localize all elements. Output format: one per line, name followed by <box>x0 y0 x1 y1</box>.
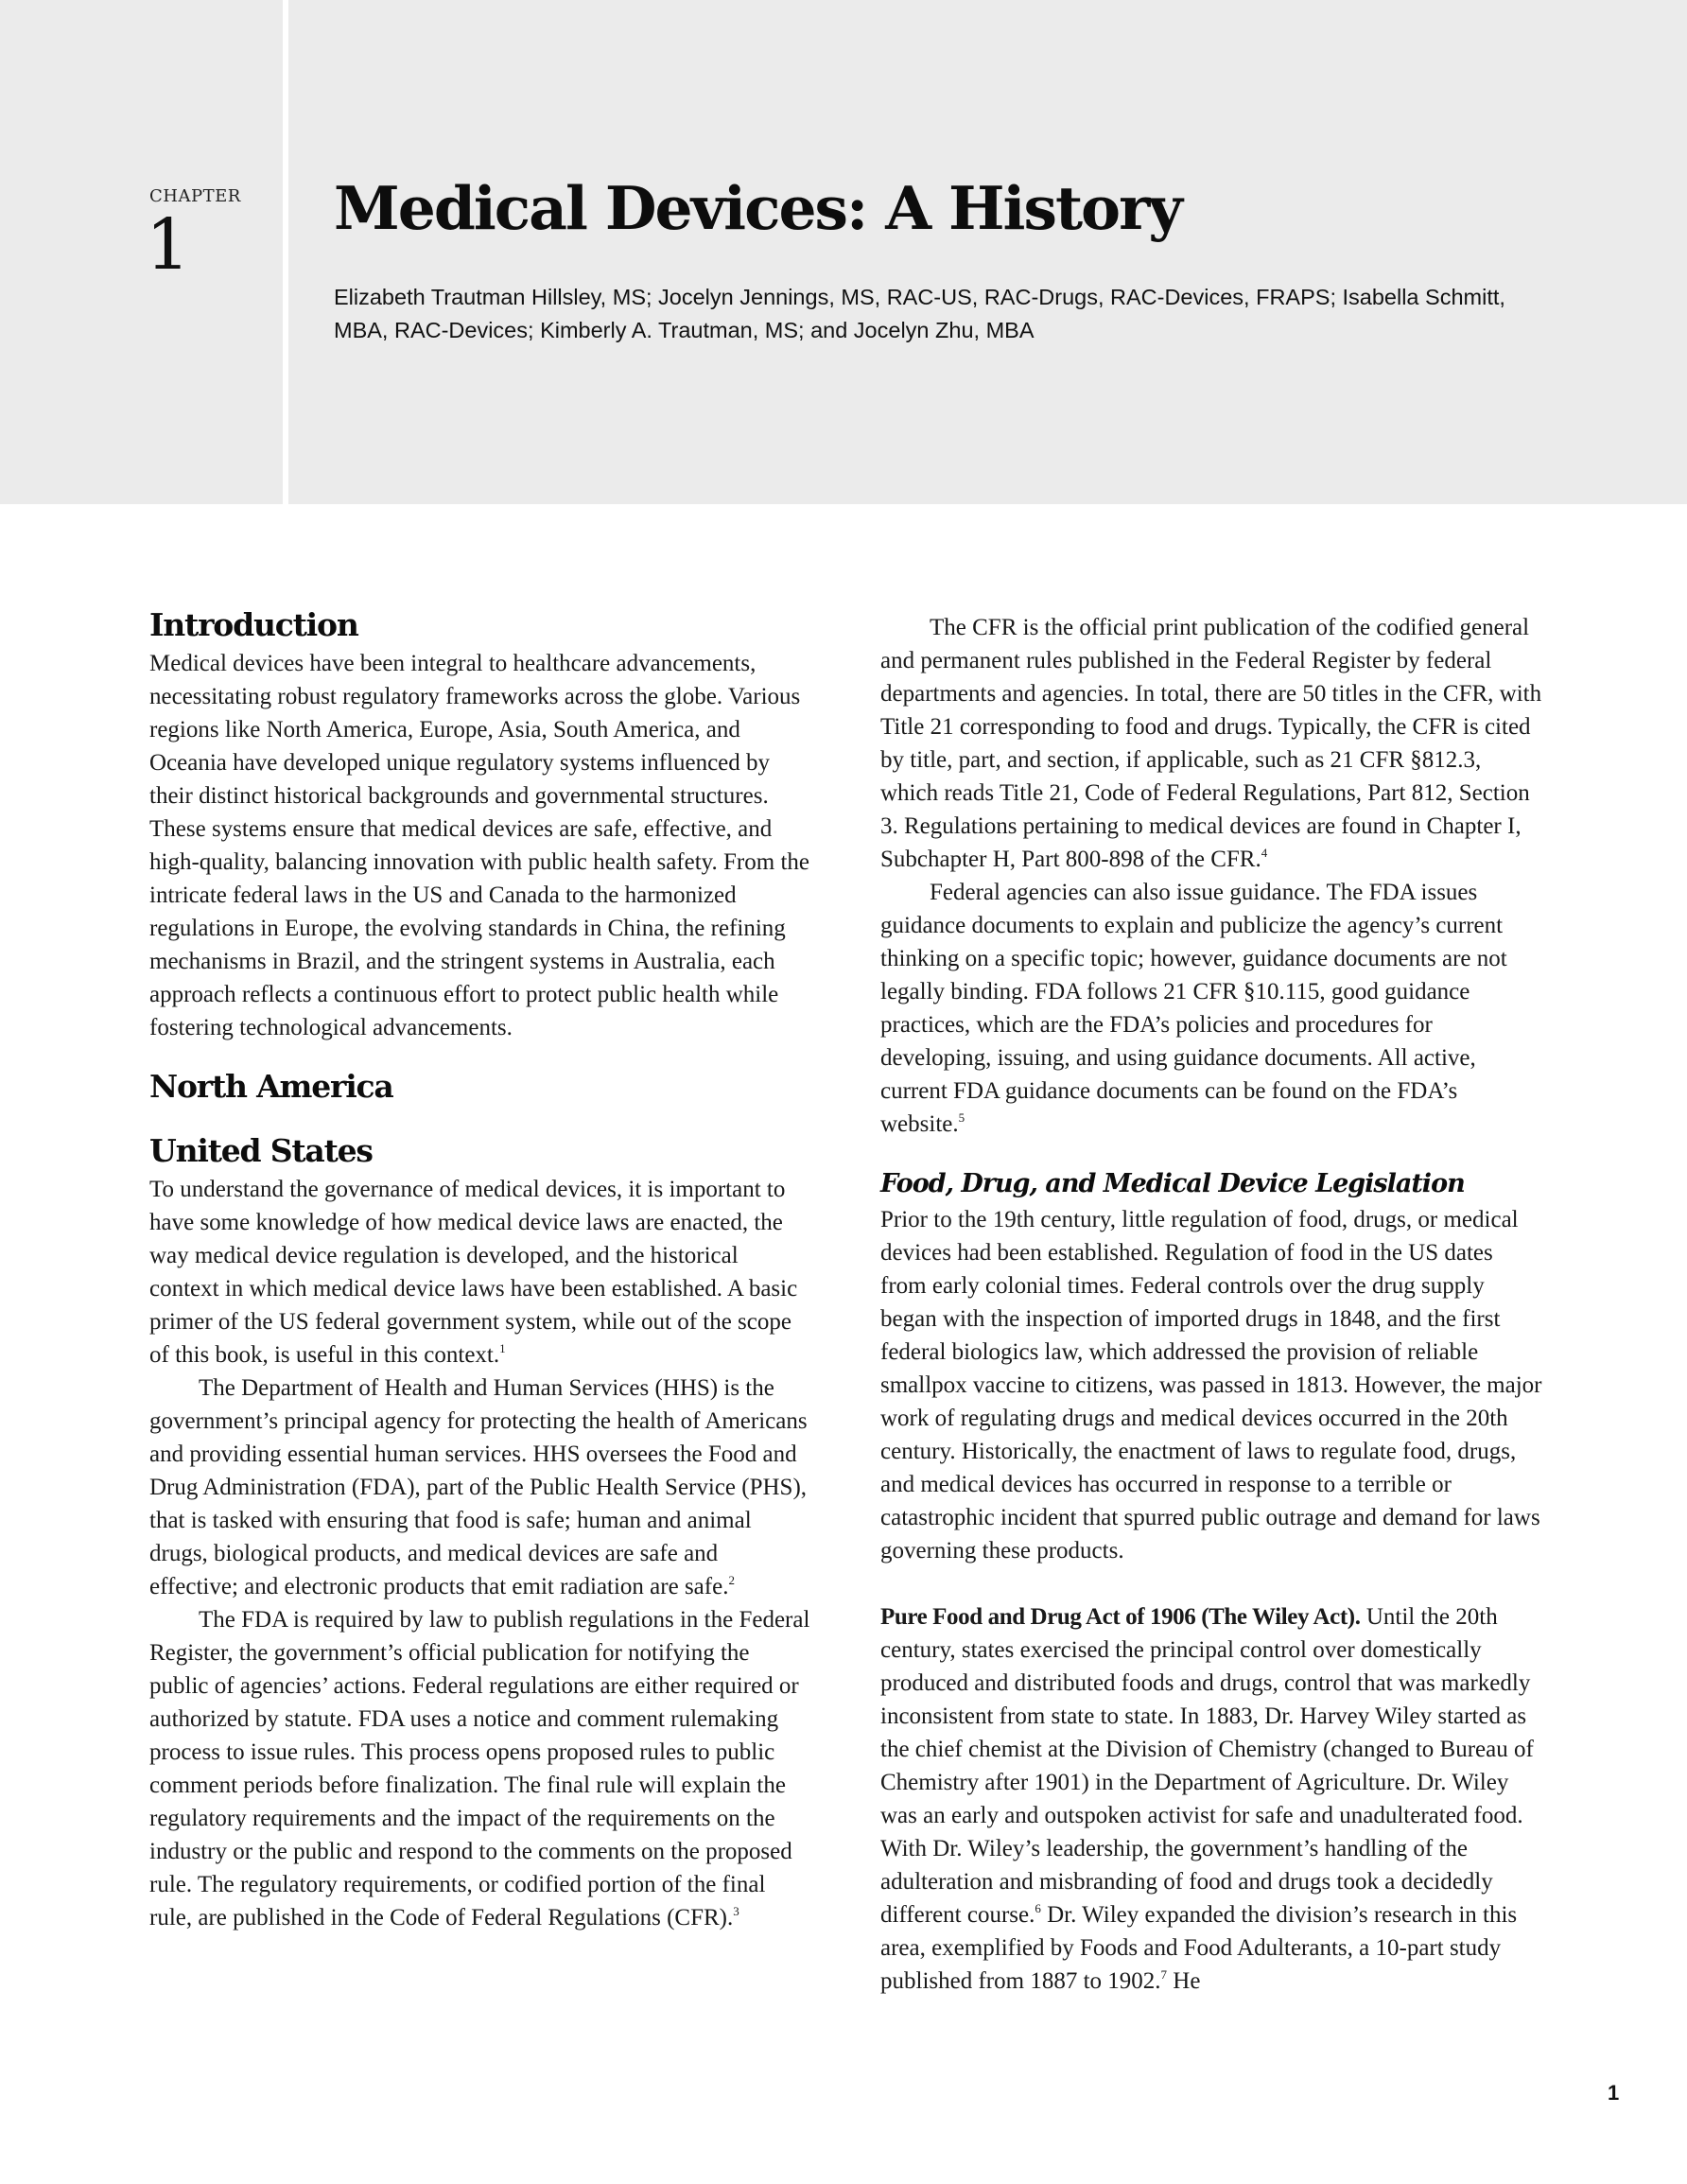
intro-paragraph: Medical devices have been integral to he… <box>149 647 811 1044</box>
wiley-act-run-in-heading: Pure Food and Drug Act of 1906 (The Wile… <box>880 1604 1361 1630</box>
footnote-ref-4[interactable]: 4 <box>1261 846 1268 860</box>
legislation-paragraph: Prior to the 19th century, little regula… <box>880 1203 1542 1567</box>
footnote-ref-3[interactable]: 3 <box>733 1904 739 1918</box>
heading-united-states: United States <box>149 1129 811 1173</box>
us-paragraph-3: The FDA is required by law to publish re… <box>149 1603 811 1934</box>
wiley-act-paragraph: Pure Food and Drug Act of 1906 (The Wile… <box>880 1600 1542 1998</box>
guidance-paragraph: Federal agencies can also issue guidance… <box>880 876 1542 1141</box>
footnote-ref-1[interactable]: 1 <box>499 1341 506 1355</box>
chapter-authors: Elizabeth Trautman Hillsley, MS; Jocelyn… <box>334 281 1563 347</box>
heading-legislation: Food, Drug, and Medical Device Legislati… <box>880 1165 1542 1203</box>
footnote-ref-2[interactable]: 2 <box>728 1573 735 1587</box>
chapter-title: Medical Devices: A History <box>334 176 1181 241</box>
chapter-label: CHAPTER <box>149 186 241 206</box>
header-divider <box>283 0 288 504</box>
cfr-paragraph: The CFR is the official print publicatio… <box>880 611 1542 876</box>
right-column: The CFR is the official print publicatio… <box>880 611 1542 1998</box>
footnote-ref-5[interactable]: 5 <box>959 1110 965 1125</box>
chapter-header-band <box>0 0 1687 504</box>
chapter-number: 1 <box>146 210 190 280</box>
us-paragraph-1: To understand the governance of medical … <box>149 1173 811 1372</box>
page-number: 1 <box>1608 2081 1619 2105</box>
left-column: Introduction Medical devices have been i… <box>149 603 811 1934</box>
us-paragraph-2: The Department of Health and Human Servi… <box>149 1372 811 1603</box>
heading-north-america: North America <box>149 1065 811 1109</box>
heading-introduction: Introduction <box>149 603 811 647</box>
